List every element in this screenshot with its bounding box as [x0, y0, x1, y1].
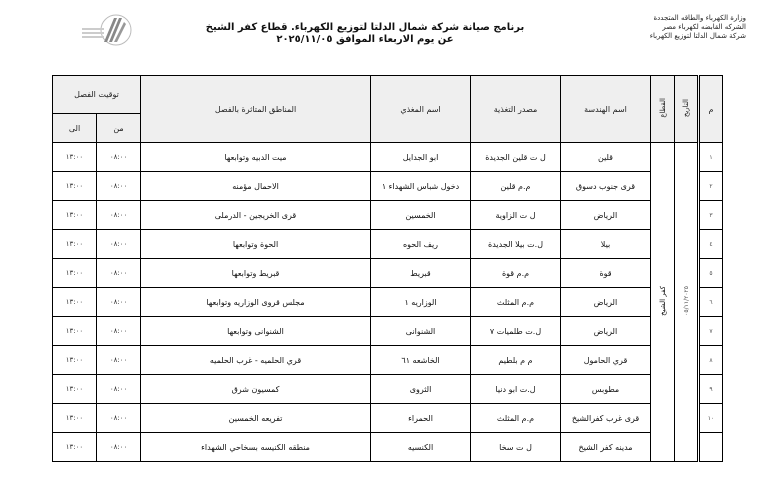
header-feeder: اسم المغذي [371, 76, 471, 143]
engineering-cell: مطوبس [561, 375, 651, 404]
engineering-cell: قري الحامول [561, 346, 651, 375]
row-number: ٤ [699, 230, 723, 259]
title-line-1: برنامج صيانة شركة شمال الدلتا لتوزيع الك… [200, 22, 530, 34]
table-row: ٨قري الحامولم م بلطيمالخاشعه ٦١قري الحلم… [53, 346, 723, 375]
affected-areas-cell: ميت الدبيه وتوابعها [141, 143, 371, 172]
maintenance-schedule-table: م التاريخ القطاع اسم الهندسة مصدر التغذي… [52, 75, 723, 462]
row-number: ٧ [699, 317, 723, 346]
table-row: مدينه كفر الشيخل ت سخاالكنسيهمنطقه الكني… [53, 433, 723, 462]
feed-source-cell: م.م قلين [471, 172, 561, 201]
feed-source-cell: م.م المثلث [471, 404, 561, 433]
engineering-cell: قرى جنوب دسوق [561, 172, 651, 201]
feeder-cell: الخمسين [371, 201, 471, 230]
from-time-cell: ٠٨:٠٠ [97, 230, 141, 259]
header-feed-source: مصدر التغذية [471, 76, 561, 143]
merged-sector-cell: كفر الشيخ [651, 143, 675, 462]
header-cutoff-time: توقيت الفصل [53, 76, 141, 114]
feed-source-cell: ل.ت ابو دنيا [471, 375, 561, 404]
table-row: ١٠قرى غرب كفرالشيخم.م المثلثالحمراءتفريع… [53, 404, 723, 433]
header-from: من [97, 114, 141, 143]
feeder-cell: الوزاريه ١ [371, 288, 471, 317]
table-row: ٩مطوبسل.ت ابو دنياالثروىكمسيون شرق٠٨:٠٠١… [53, 375, 723, 404]
from-time-cell: ٠٨:٠٠ [97, 346, 141, 375]
to-time-cell: ١٣:٠٠ [53, 259, 97, 288]
row-number: ٨ [699, 346, 723, 375]
affected-areas-cell: قري الحلميه - غرب الحلميه [141, 346, 371, 375]
header-num: م [699, 76, 723, 143]
table-row: ١٠٥/١١/٢٠٢٥كفر الشيخقلينل ت قلين الجديدة… [53, 143, 723, 172]
feeder-cell: دخول شباس الشهداء ١ [371, 172, 471, 201]
affected-areas-cell: الشنوانى وتوابعها [141, 317, 371, 346]
affected-areas-cell: قرى الخريجين - الدرملى [141, 201, 371, 230]
table-row: ٤بيلال.ت بيلا الجديدةريف الحوهالحوة وتوا… [53, 230, 723, 259]
to-time-cell: ١٣:٠٠ [53, 143, 97, 172]
row-number: ٢ [699, 172, 723, 201]
row-number: ٩ [699, 375, 723, 404]
row-number: ١٠ [699, 404, 723, 433]
from-time-cell: ٠٨:٠٠ [97, 404, 141, 433]
feed-source-cell: ل ت قلين الجديدة [471, 143, 561, 172]
engineering-cell: الرياض [561, 201, 651, 230]
from-time-cell: ٠٨:٠٠ [97, 172, 141, 201]
feeder-cell: الكنسيه [371, 433, 471, 462]
feed-source-cell: ل.ت طلميات ٧ [471, 317, 561, 346]
table-row: ٦الرياضم.م المثلثالوزاريه ١مجلس قروى الو… [53, 288, 723, 317]
feed-source-cell: ل ت الزاوية [471, 201, 561, 230]
to-time-cell: ١٣:٠٠ [53, 288, 97, 317]
feed-source-cell: ل.ت بيلا الجديدة [471, 230, 561, 259]
affected-areas-cell: مجلس قروى الوزاريه وتوابعها [141, 288, 371, 317]
to-time-cell: ١٣:٠٠ [53, 346, 97, 375]
affected-areas-cell: الاحمال مؤمنه [141, 172, 371, 201]
affected-areas-cell: كمسيون شرق [141, 375, 371, 404]
to-time-cell: ١٣:٠٠ [53, 317, 97, 346]
from-time-cell: ٠٨:٠٠ [97, 317, 141, 346]
title-line-2: عن يوم الاربعاء الموافق ٢٠٢٥/١١/٠٥ [200, 34, 530, 46]
org-line-3: شركة شمال الدلتا لتوزيع الكهرباء [622, 32, 746, 41]
header-to: الى [53, 114, 97, 143]
feed-source-cell: م م بلطيم [471, 346, 561, 375]
engineering-cell: قوة [561, 259, 651, 288]
affected-areas-cell: تفريعه الخمسين [141, 404, 371, 433]
feed-source-cell: م.م المثلث [471, 288, 561, 317]
engineering-cell: الرياض [561, 288, 651, 317]
from-time-cell: ٠٨:٠٠ [97, 201, 141, 230]
header-affected-areas: المناطق المتاثرة بالفصل [141, 76, 371, 143]
to-time-cell: ١٣:٠٠ [53, 172, 97, 201]
from-time-cell: ٠٨:٠٠ [97, 259, 141, 288]
engineering-cell: الرياض [561, 317, 651, 346]
row-number: ٥ [699, 259, 723, 288]
table-row: ٣الرياضل ت الزاويةالخمسينقرى الخريجين - … [53, 201, 723, 230]
engineering-cell: مدينه كفر الشيخ [561, 433, 651, 462]
table-row: ٥قوةم.م قوةقبريطقبريط وتوابعها٠٨:٠٠١٣:٠٠ [53, 259, 723, 288]
to-time-cell: ١٣:٠٠ [53, 201, 97, 230]
affected-areas-cell: منطقه الكنيسه بسخاحي الشهداء [141, 433, 371, 462]
from-time-cell: ٠٨:٠٠ [97, 288, 141, 317]
merged-date-cell: ٠٥/١١/٢٠٢٥ [675, 143, 699, 462]
row-number: ٦ [699, 288, 723, 317]
from-time-cell: ٠٨:٠٠ [97, 433, 141, 462]
feeder-cell: ريف الحوه [371, 230, 471, 259]
feeder-cell: ابو الجدايل [371, 143, 471, 172]
from-time-cell: ٠٨:٠٠ [97, 143, 141, 172]
header-date: التاريخ [675, 76, 699, 143]
row-number: ١ [699, 143, 723, 172]
organization-block: وزارة الكهرباء والطاقه المتجددة الشركه ا… [622, 14, 746, 41]
feed-source-cell: م.م قوة [471, 259, 561, 288]
to-time-cell: ١٣:٠٠ [53, 375, 97, 404]
table-row: ٢قرى جنوب دسوقم.م قليندخول شباس الشهداء … [53, 172, 723, 201]
row-number: ٣ [699, 201, 723, 230]
table-row: ٧الرياضل.ت طلميات ٧الشنوانىالشنوانى وتوا… [53, 317, 723, 346]
engineering-cell: قلين [561, 143, 651, 172]
org-line-1: وزارة الكهرباء والطاقه المتجددة [622, 14, 746, 23]
feeder-cell: الخاشعه ٦١ [371, 346, 471, 375]
row-number [699, 433, 723, 462]
feeder-cell: الثروى [371, 375, 471, 404]
document-title: برنامج صيانة شركة شمال الدلتا لتوزيع الك… [200, 22, 530, 46]
engineering-cell: قرى غرب كفرالشيخ [561, 404, 651, 433]
org-line-2: الشركه القابضه لكهرباء مصر [622, 23, 746, 32]
company-logo [80, 12, 138, 48]
header-sector: القطاع [651, 76, 675, 143]
affected-areas-cell: قبريط وتوابعها [141, 259, 371, 288]
to-time-cell: ١٣:٠٠ [53, 433, 97, 462]
to-time-cell: ١٣:٠٠ [53, 404, 97, 433]
feed-source-cell: ل ت سخا [471, 433, 561, 462]
affected-areas-cell: الحوة وتوابعها [141, 230, 371, 259]
feeder-cell: قبريط [371, 259, 471, 288]
to-time-cell: ١٣:٠٠ [53, 230, 97, 259]
engineering-cell: بيلا [561, 230, 651, 259]
feeder-cell: الحمراء [371, 404, 471, 433]
feeder-cell: الشنوانى [371, 317, 471, 346]
header-engineering: اسم الهندسة [561, 76, 651, 143]
from-time-cell: ٠٨:٠٠ [97, 375, 141, 404]
